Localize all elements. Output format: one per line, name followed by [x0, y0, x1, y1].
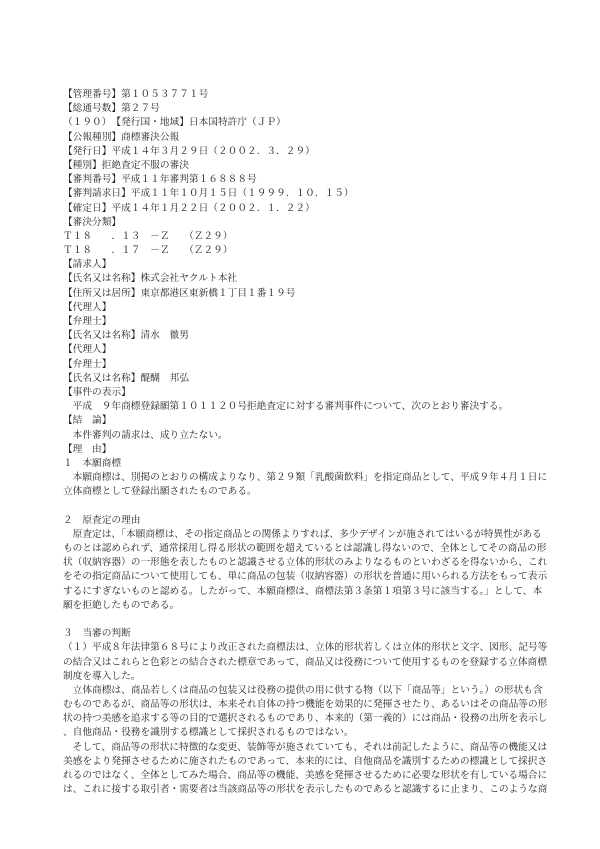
field-appeal-number: 【審判番号】平成１１年審判第１６８８８号	[63, 173, 545, 187]
doc-line: 状（収納容器）の一形態を表したものと認識させる立体的形状のみよりなるものといわざ…	[63, 556, 545, 570]
field-attorney-name-2: 【氏名又は名称】醍醐 邦弘	[63, 372, 545, 386]
field-gazette-serial: 【総通号数】第２７号	[63, 102, 545, 116]
field-issue-date: 【発行日】平成１４年３月２９日（２００２．３．２９）	[63, 145, 545, 159]
field-attorney-name-1: 【氏名又は名称】清水 徹男	[63, 329, 545, 343]
section-2-heading: ２ 原査定の理由	[63, 514, 545, 528]
section-3-heading: ３ 当審の判断	[63, 627, 545, 641]
doc-line: 、自他商品・役務を識別する標識として採択されるものではない。	[63, 726, 545, 740]
field-appellant-address: 【住所又は居所】東京都港区東新橋１丁目１番１９号	[63, 287, 545, 301]
conclusion-text: 本件審判の請求は、成り立たない。	[63, 429, 545, 443]
doc-line: 状の持つ美感を追求する等の目的で選択されるものであり、本来的（第一義的）には商品…	[63, 712, 545, 726]
doc-line: するにすぎないものと認める。したがって、本願商標は、商標法第３条第１項第３号に該…	[63, 585, 545, 599]
case-indication-text: 平成 ９年商標登録願第１０１１２０号拒絶査定に対する審判事件について、次のとおり…	[63, 400, 545, 414]
section-1-heading: １ 本願商標	[63, 457, 545, 471]
field-appeal-request-date: 【審判請求日】平成１１年１０月１５日（１９９９．１０．１５）	[63, 187, 545, 201]
doc-line: （１）平成８年法律第６８号により改正された商標法は、立体的形状若しくは立体的形状…	[63, 641, 545, 655]
reason-label: 【理 由】	[63, 443, 545, 457]
doc-line: の結合又はこれらと色彩との結合された標章であって、商品又は役務について使用するも…	[63, 656, 545, 670]
doc-line: 立体商標は、商品若しくは商品の包装又は役務の提供の用に供する物（以下「商品等」と…	[63, 684, 545, 698]
field-agent-label-1: 【代理人】	[63, 301, 545, 315]
field-gazette-type: 【公報種別】商標審決公報	[63, 131, 545, 145]
doc-line: 美感をより発揮させるために施されたものであって、本来的には、自他商品を識別するた…	[63, 755, 545, 769]
field-decision-kind: 【種別】拒絶査定不服の審決	[63, 159, 545, 173]
field-attorney-label-1: 【弁理士】	[63, 315, 545, 329]
field-appellant-name: 【氏名又は名称】株式会社ヤクルト本社	[63, 272, 545, 286]
field-appellant-label: 【請求人】	[63, 258, 545, 272]
doc-line: 立体商標として登録出願されたものである。	[63, 485, 545, 499]
classification-code-2: Ｔ１８ ．１７ －Ｚ （Ｚ２９）	[63, 244, 545, 258]
doc-line: 願を拒絶したものである。	[63, 599, 545, 613]
classification-code-1: Ｔ１８ ．１３ －Ｚ （Ｚ２９）	[63, 230, 545, 244]
doc-line: 本願商標は、別掲のとおりの構成よりなり、第２９類「乳酸菌飲料」を指定商品として、…	[63, 471, 545, 485]
field-management-number: 【管理番号】第１０５３７７１号	[63, 88, 545, 102]
doc-line: れるのではなく、全体としてみた場合、商品等の機能、美感を発揮させるために必要な形…	[63, 769, 545, 783]
doc-line: は、これに接する取引者・需要者は当該商品等の形状を表示したものであると認識するに…	[63, 783, 545, 797]
field-classification-label: 【審決分類】	[63, 216, 545, 230]
trademark-decision-gazette-page: 【管理番号】第１０５３７７１号 【総通号数】第２７号 （１９０） 【発行国・地域…	[0, 0, 600, 849]
field-issuing-country: （１９０） 【発行国・地域】日本国特許庁（ＪＰ）	[63, 116, 545, 130]
doc-line: 制度を導入した。	[63, 670, 545, 684]
doc-line: 原査定は、「本願商標は、その指定商品との関係よりすれば、多少デザインが施されては…	[63, 528, 545, 542]
conclusion-label: 【結 論】	[63, 414, 545, 428]
case-indication-label: 【事件の表示】	[63, 386, 545, 400]
field-attorney-label-2: 【弁理士】	[63, 358, 545, 372]
doc-line: ものとは認められず、通常採用し得る形状の範囲を超えているとは認識し得ないので、全…	[63, 542, 545, 556]
field-final-date: 【確定日】平成１４年１月２２日（２００２．１．２２）	[63, 202, 545, 216]
field-agent-label-2: 【代理人】	[63, 343, 545, 357]
doc-line: をその指定商品について使用しても、単に商品の包装（収納容器）の形状を普通に用いら…	[63, 570, 545, 584]
doc-line: そして、商品等の形状に特徴的な変更、装飾等が施されていても、それは前記したように…	[63, 741, 545, 755]
doc-line: むものであるが、商品等の形状は、本来それ自体の持つ機能を効果的に発揮させたり、あ…	[63, 698, 545, 712]
